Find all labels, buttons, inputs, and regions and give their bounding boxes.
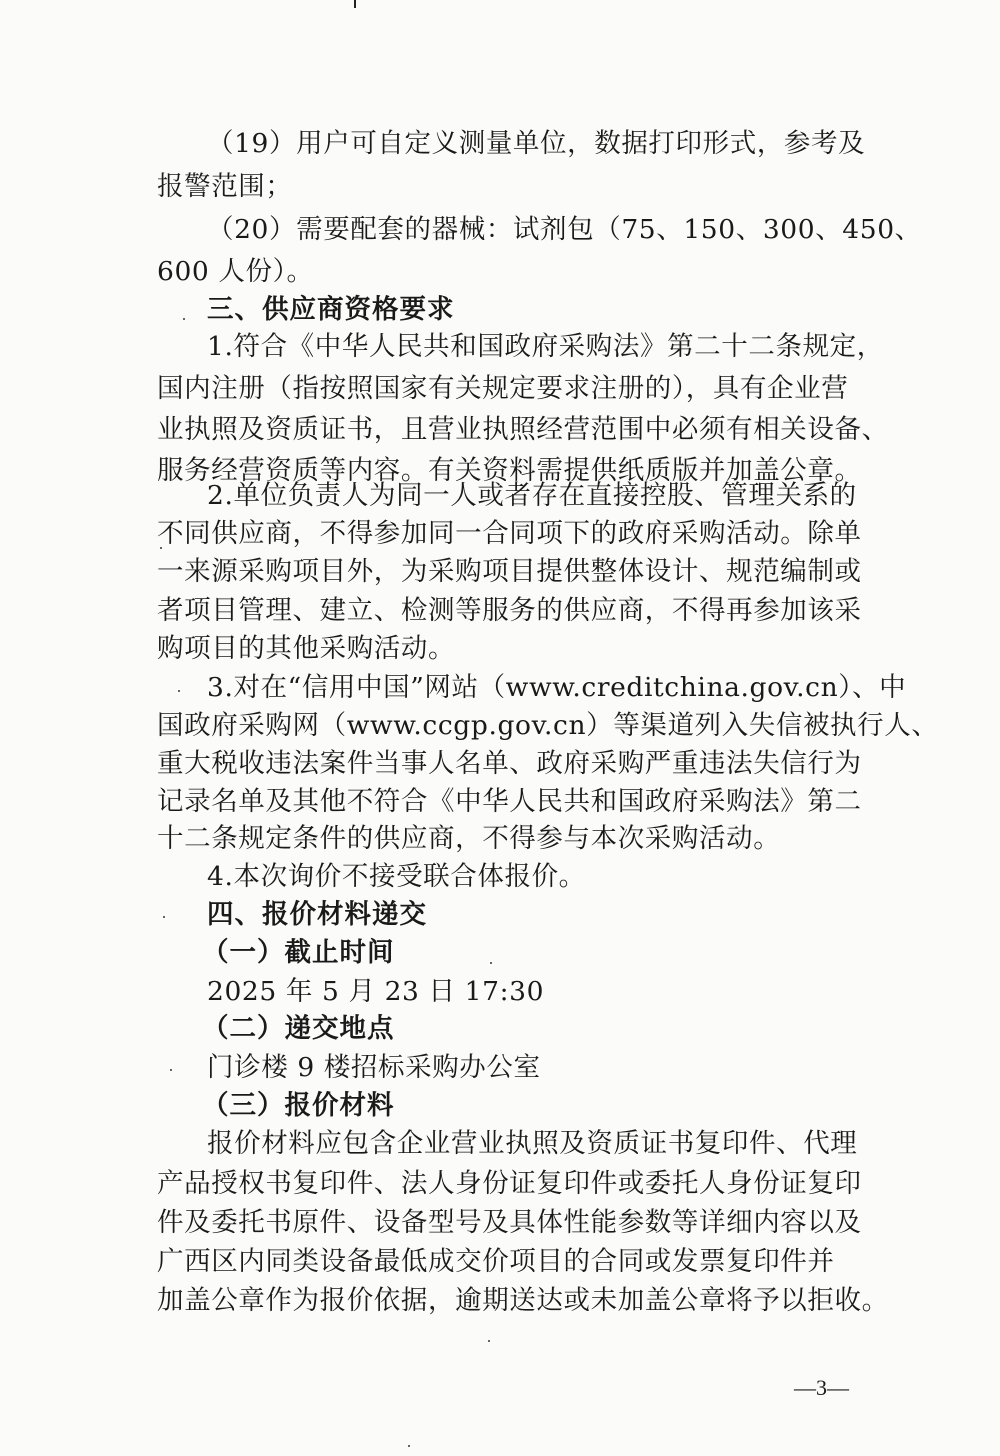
req-2-line-5: 购项目的其他采购活动。 xyxy=(157,633,455,665)
req-4-line: 4.本次询价不接受联合体报价。 xyxy=(207,861,586,893)
req-1-line-3: 业执照及资质证书，且营业执照经营范围中必须有相关设备、 xyxy=(157,414,889,446)
req-2-line-1: 2.单位负责人为同一人或者存在直接控股、管理关系的 xyxy=(207,480,857,512)
subsection-materials-heading: （三）报价材料 xyxy=(202,1090,395,1122)
section-4-heading: 四、报价材料递交 xyxy=(207,899,427,931)
location-value: 门诊楼 9 楼招标采购办公室 xyxy=(207,1052,541,1084)
scan-speck xyxy=(183,318,185,320)
materials-line-5: 加盖公章作为报价依据，逾期送达或未加盖公章将予以拒收。 xyxy=(157,1285,889,1317)
item-20-line-2: 600 人份）。 xyxy=(157,256,314,288)
section-3-heading: 三、供应商资格要求 xyxy=(207,294,455,326)
materials-line-3: 件及委托书原件、设备型号及具体性能参数等详细内容以及 xyxy=(157,1207,862,1239)
item-19-line-1: （19）用户可自定义测量单位，数据打印形式，参考及 xyxy=(207,128,865,160)
req-2-line-4: 者项目管理、建立、检测等服务的供应商，不得再参加该采 xyxy=(157,595,862,627)
scan-speck xyxy=(170,1069,172,1071)
subsection-location-heading: （二）递交地点 xyxy=(202,1013,395,1045)
subsection-deadline-heading: （一）截止时间 xyxy=(202,937,395,969)
item-19-line-2: 报警范围； xyxy=(157,171,293,203)
req-3-line-1: 3.对在“信用中国”网站（www.creditchina.gov.cn）、中 xyxy=(207,672,906,704)
req-3-line-2: 国政府采购网（www.ccgp.gov.cn）等渠道列入失信被执行人、 xyxy=(157,710,938,742)
deadline-value: 2025 年 5 月 23 日 17:30 xyxy=(207,976,544,1008)
req-2-line-3: 一来源采购项目外，为采购项目提供整体设计、规范编制或 xyxy=(157,556,862,588)
scan-speck xyxy=(160,547,162,549)
req-3-line-5: 十二条规定条件的供应商，不得参与本次采购活动。 xyxy=(157,823,780,855)
req-3-line-4: 记录名单及其他不符合《中华人民共和国政府采购法》第二 xyxy=(157,786,862,818)
page-number: —3— xyxy=(794,1375,849,1401)
scan-speck xyxy=(488,1340,490,1342)
req-1-line-1: 1.符合《中华人民共和国政府采购法》第二十二条规定， xyxy=(207,331,884,363)
materials-line-1: 报价材料应包含企业营业执照及资质证书复印件、代理 xyxy=(207,1128,857,1160)
scan-speck xyxy=(408,1445,410,1447)
scan-speck xyxy=(178,690,180,692)
materials-line-2: 产品授权书复印件、法人身份证复印件或委托人身份证复印 xyxy=(157,1168,862,1200)
req-1-line-2: 国内注册（指按照国家有关规定要求注册的），具有企业营 xyxy=(157,373,848,405)
scan-speck xyxy=(163,916,165,918)
materials-line-4: 广西区内同类设备最低成交价项目的合同或发票复印件并 xyxy=(157,1246,835,1278)
req-3-line-3: 重大税收违法案件当事人名单、政府采购严重违法失信行为 xyxy=(157,748,862,780)
scan-mark xyxy=(354,0,356,8)
req-2-line-2: 不同供应商，不得参加同一合同项下的政府采购活动。除单 xyxy=(157,518,862,550)
item-20-line-1: （20）需要配套的器械：试剂包（75、150、300、450、 xyxy=(207,214,922,246)
scan-speck xyxy=(490,962,492,964)
